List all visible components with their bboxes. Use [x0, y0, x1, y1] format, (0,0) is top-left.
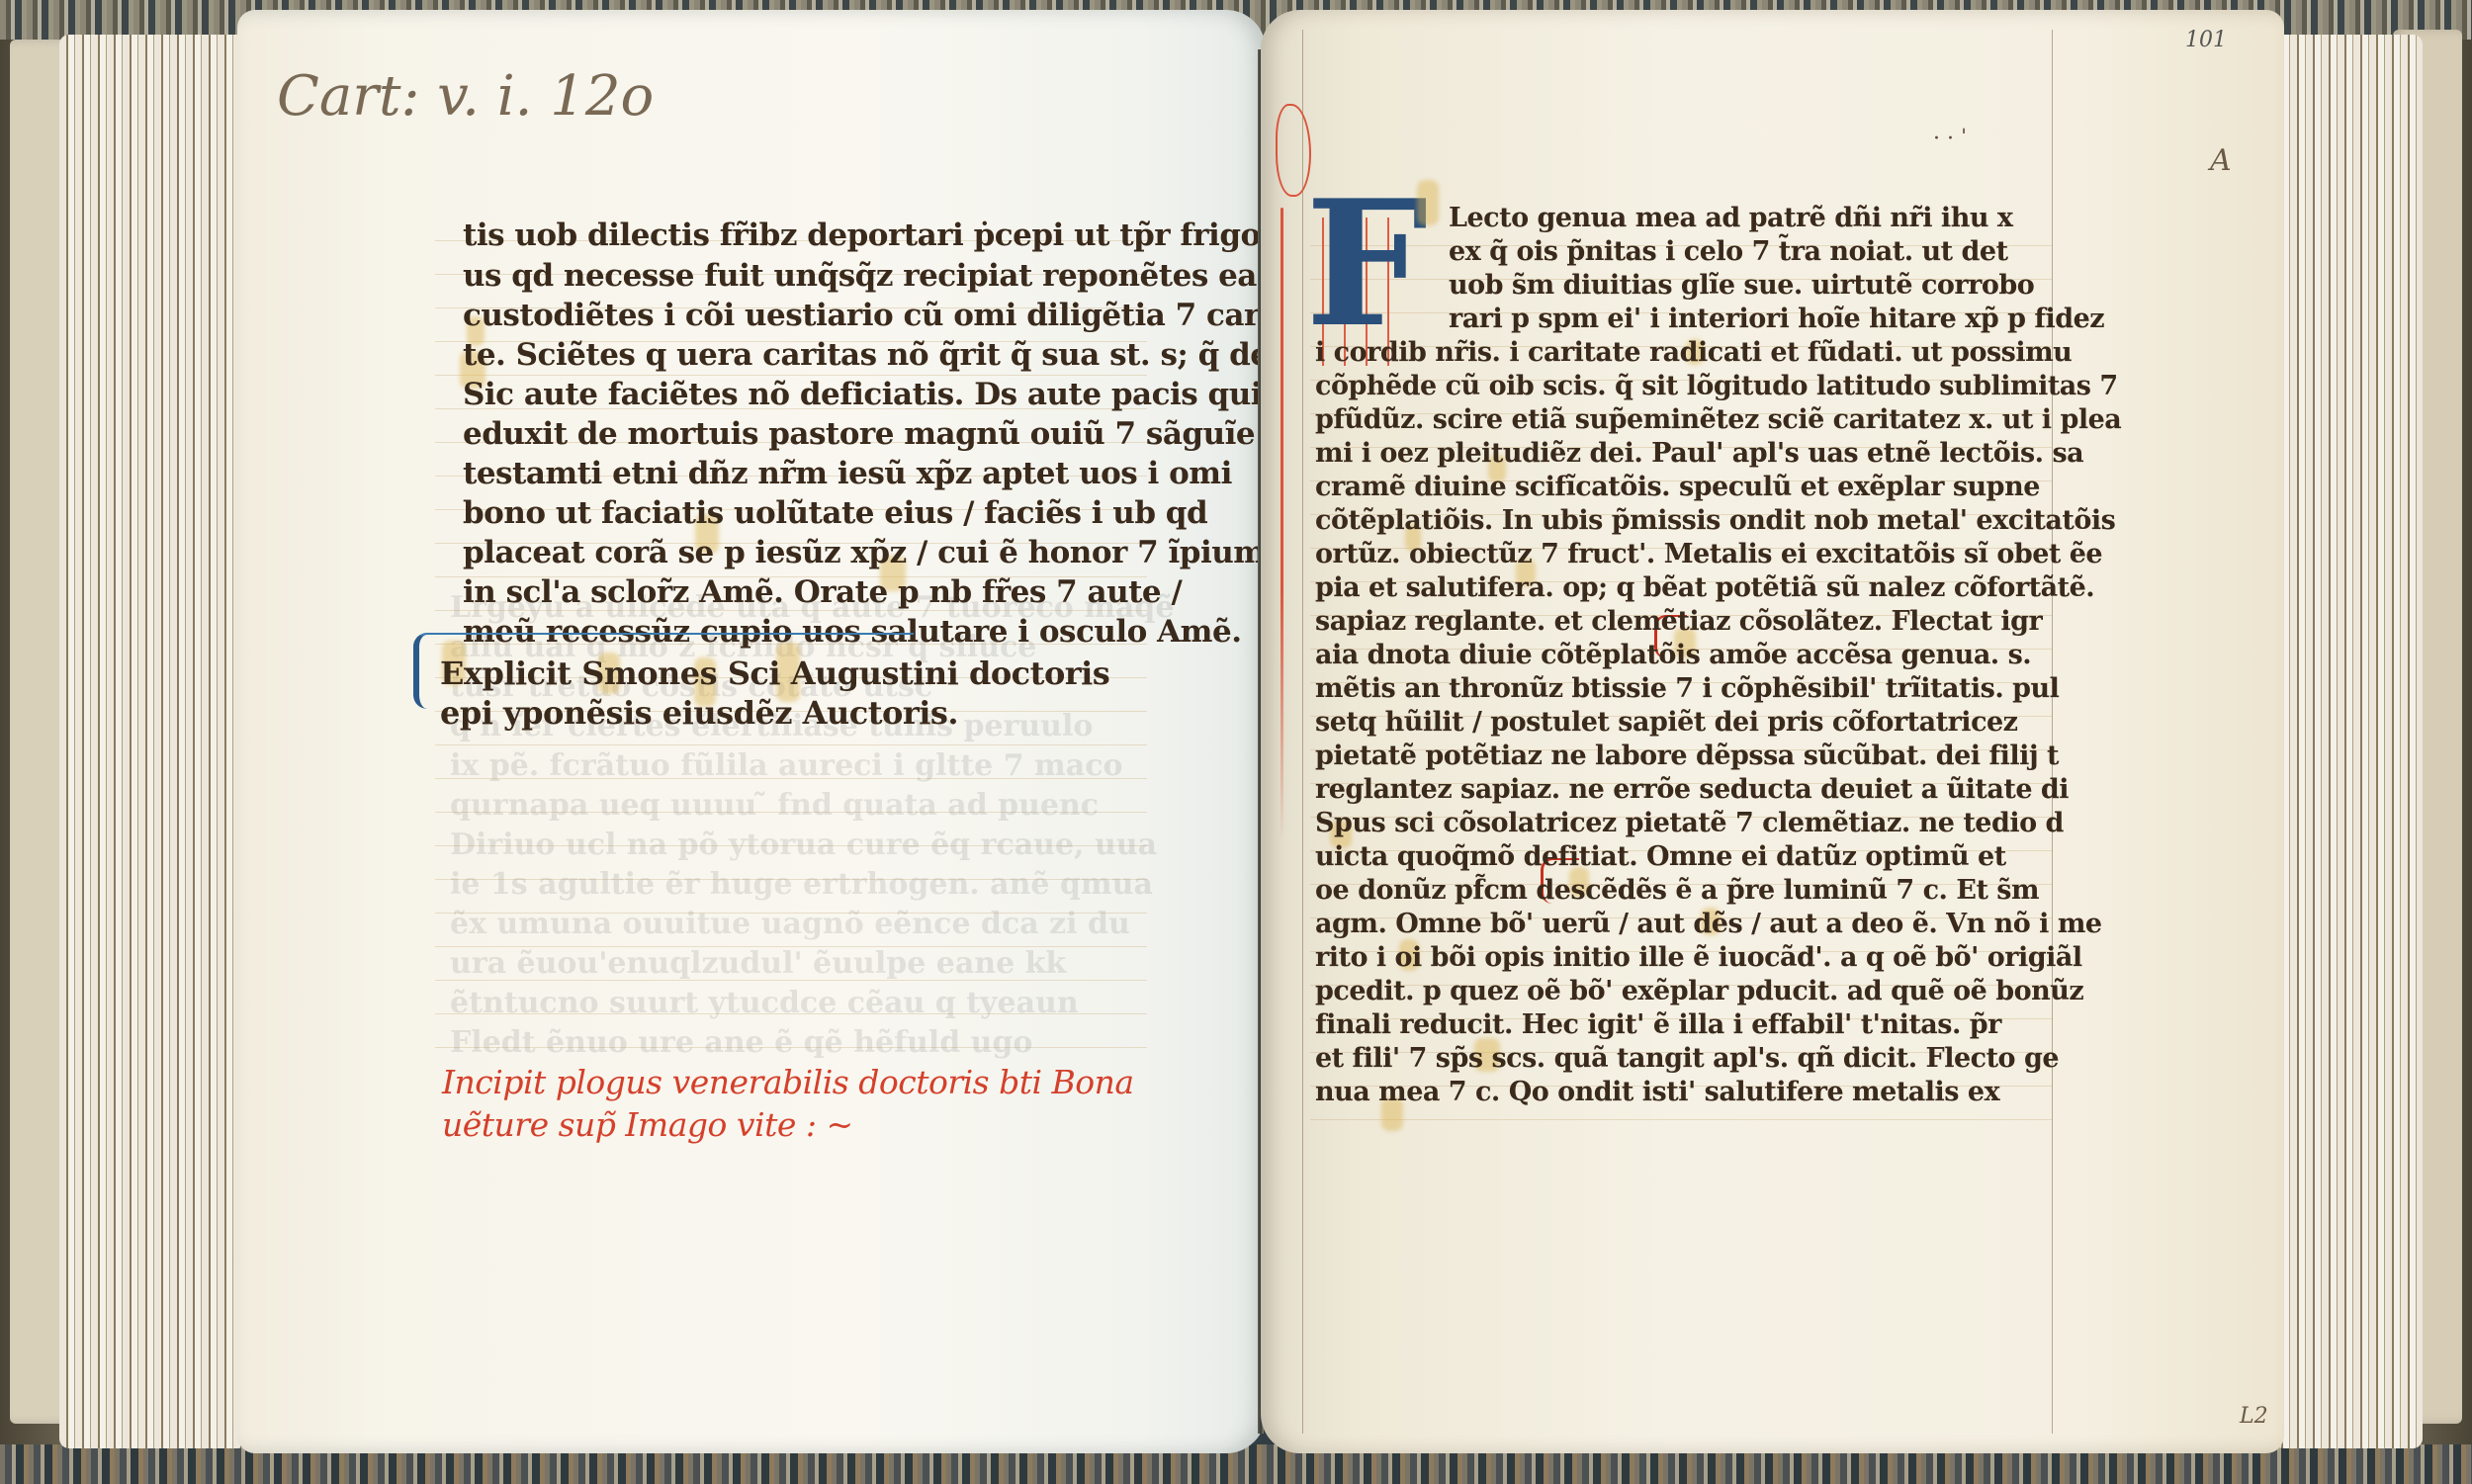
text-line: te. Sciẽtes q uera caritas nõ q̃rit q̃ s… [463, 337, 1290, 373]
page-edges-left [59, 35, 247, 1448]
illuminated-initial-F: F [1305, 178, 1428, 351]
ruling-vertical-right [2052, 30, 2053, 1434]
explicit-line: Explicit Smones Sci Augustini doctoris [440, 655, 1109, 692]
text-line: us qd necesse fuit unq̃sq̃z recipiat rep… [463, 258, 1287, 294]
text-line: finali reducit. Hec igit' ẽ illa i effab… [1315, 1009, 2001, 1040]
folio-number: 101 [2185, 28, 2227, 52]
text-line: tis uob dilectis fr̃ibz deportari ṗcepi … [463, 218, 1261, 253]
text-line: bono ut faciatis uolũtate eius / faciẽs … [463, 495, 1207, 531]
ink-specks: · · ˈ [1933, 127, 1967, 151]
text-line: nua mea 7 c. Qo ondit isti' salutifere m… [1315, 1077, 1999, 1107]
text-line: Sic aute faciẽtes nõ deficiatis. Ds aute… [463, 377, 1262, 412]
text-line: eduxit de mortuis pastore magnũ ouiũ 7 s… [463, 416, 1255, 452]
text-line: testamti etni dñz nr̃m iesũ xp̃z aptet u… [463, 456, 1232, 491]
right-page: 101 A L2 · · ˈ F Lecto genua mea ad patr… [1261, 10, 2284, 1453]
text-line: reglantez sapiaz. ne errõe seducta deuie… [1315, 774, 2069, 805]
rubric-line: uẽture sup̃ Imago vite : ~ [442, 1105, 853, 1144]
margin-signature-mark: A [2210, 143, 2232, 178]
text-line: Lecto genua mea ad patrẽ dñi nr̃i ihu x [1449, 203, 2012, 233]
text-line: mi i oez pleitudiẽz dei. Paul' apl's uas… [1315, 438, 2083, 469]
text-line: aia dnota diuie cõtẽplatõis amõe accẽsa … [1315, 640, 2031, 670]
text-line: sapiaz reglante. et clemẽtiaz cõsolãtez.… [1315, 606, 2042, 637]
text-line: pia et salutifera. op; q bẽat potẽtiã sũ… [1315, 572, 2094, 603]
text-line: ortũz. obiectũz 7 fruct'. Metalis ei exc… [1315, 539, 2102, 569]
rubric-line: Incipit plogus venerabilis doctoris bti … [442, 1063, 1134, 1101]
footer-quire-mark: L2 [2240, 1404, 2268, 1429]
text-line: agm. Omne bõ' uerũ / aut dẽs / aut a deo… [1315, 909, 2102, 939]
text-line: setq hũilit / postulet sapiẽt dei pris c… [1315, 707, 2018, 738]
explicit-line: epi yponẽsis eiusdẽz Auctoris. [440, 694, 958, 732]
text-line: cramẽ diuine scifĩcatõis. speculũ et exẽ… [1315, 472, 2040, 502]
page-edges-right [2274, 35, 2423, 1448]
text-line: rito i oi bõi opis initio ille ẽ iuocãd'… [1315, 942, 2082, 973]
text-line: et fili' 7 sp̃s scs. quã tangit apl's. q… [1315, 1043, 2059, 1074]
left-page: Cart: v. i. 12o Lrgeyu a uilcede uta q a… [237, 10, 1266, 1453]
text-line: cõphẽde cũ oib scis. q̃ sit lõgitudo lat… [1315, 371, 2118, 401]
text-line: uob s̃m diuitias glĩe sue. uirtutẽ corro… [1449, 270, 2034, 301]
text-line: oe donũz pf̃cm descẽdẽs ẽ a p̃re luminũ … [1315, 875, 2039, 906]
text-line: custodiẽtes i cõi uestiario cũ omi dilig… [463, 298, 1303, 333]
yellow-wash [1417, 180, 1439, 225]
text-line: i cordib nr̃is. i caritate radicati et f… [1315, 337, 2072, 368]
text-line: placeat corã se p iesũz xp̃z / cui ẽ hon… [463, 535, 1266, 570]
text-line: pietatẽ potẽtiaz ne labore dẽpssa sũcũba… [1315, 741, 2059, 771]
text-line: pfũdũz. scire etiã sup̃eminẽtez sciẽ car… [1315, 404, 2121, 435]
red-penwork-border [1280, 208, 1283, 840]
marginal-shelfmark-note: Cart: v. i. 12o [277, 64, 654, 129]
text-line: mẽtis an thronũz btissie 7 i cõphẽsibil'… [1315, 673, 2059, 704]
ruling-vertical-left [1302, 30, 1303, 1434]
text-line: cõtẽplatiõis. In ubis p̃missis ondit nob… [1315, 505, 2115, 536]
text-line: Spus sci cõsolatricez pietatẽ 7 clemẽtia… [1315, 808, 2064, 838]
text-line: uicta quoq̃mõ defitiat. Omne ei datũz op… [1315, 841, 2006, 872]
text-line: in scl'a sclor̃z Amẽ. Orate p nb fr̃es 7… [463, 574, 1182, 610]
text-line: pcedit. p quez oẽ bõ' exẽplar pducit. ad… [1315, 976, 2083, 1006]
text-line: rari p spm ei' i interiori hoĩe hitare x… [1449, 304, 2104, 334]
text-line: ex q̃ ois p̃nitas i celo 7 t̃ra noiat. u… [1449, 236, 2008, 267]
